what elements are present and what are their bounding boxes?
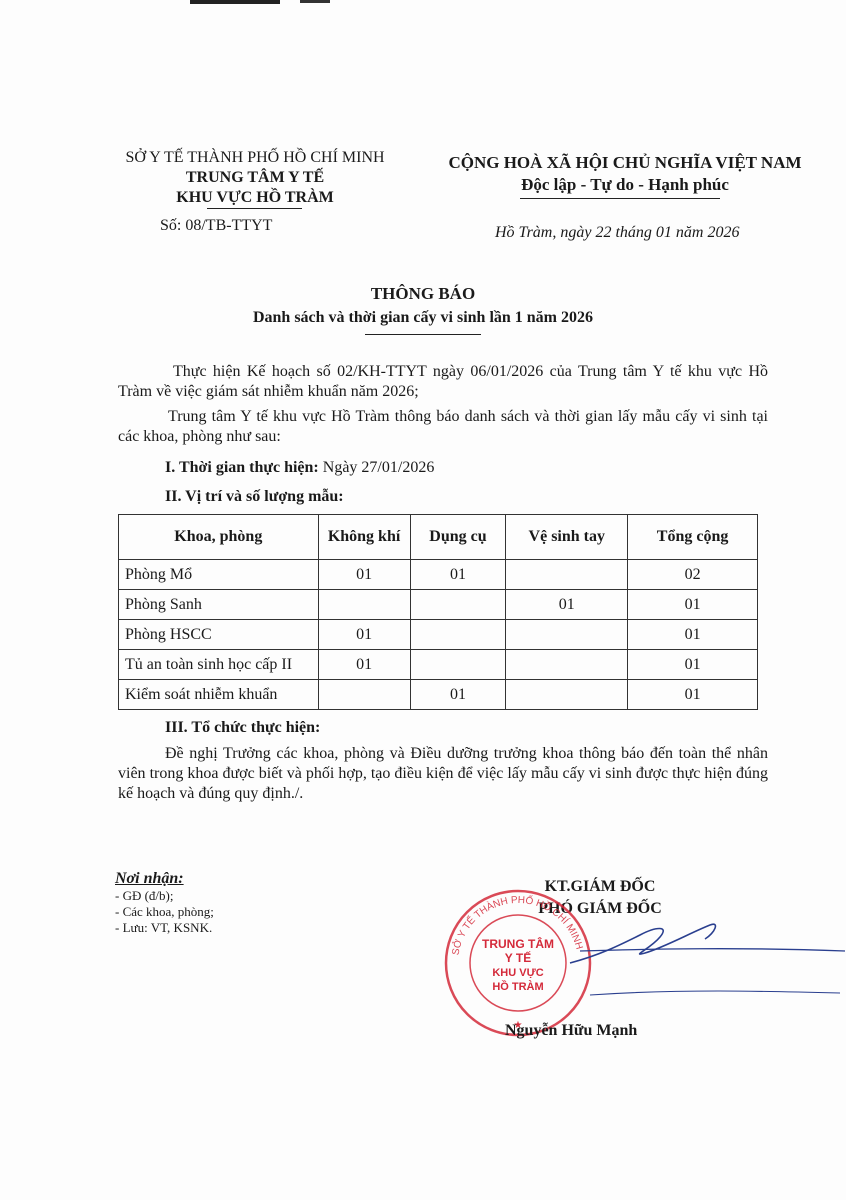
count-cell: 01 xyxy=(318,620,410,650)
column-header: Khoa, phòng xyxy=(119,515,319,560)
column-header: Tổng cộng xyxy=(628,515,758,560)
section-time-value: Ngày 27/01/2026 xyxy=(323,459,435,476)
motto-underline xyxy=(520,198,720,199)
country-name: CỘNG HOÀ XÃ HỘI CHỦ NGHĨA VIỆT NAM xyxy=(430,152,820,174)
count-cell: 01 xyxy=(628,650,758,680)
section-location-heading: II. Vị trí và số lượng mẫu: xyxy=(165,488,344,506)
paragraph-plan-reference: Thực hiện Kế hoạch số 02/KH-TTYT ngày 06… xyxy=(118,362,768,402)
department-cell: Phòng Mổ xyxy=(119,560,319,590)
department-cell: Kiểm soát nhiễm khuẩn xyxy=(119,680,319,710)
handwritten-signature-icon xyxy=(560,905,846,1015)
count-cell xyxy=(506,680,628,710)
issuing-agency: SỞ Y TẾ THÀNH PHỐ HỒ CHÍ MINH TRUNG TÂM … xyxy=(95,148,415,208)
count-cell: 01 xyxy=(628,620,758,650)
svg-text:Y TẾ: Y TẾ xyxy=(505,950,531,965)
table-header-row: Khoa, phòngKhông khíDụng cụVệ sinh tayTổ… xyxy=(119,515,758,560)
department-cell: Phòng HSCC xyxy=(119,620,319,650)
recipient-item: - Lưu: VT, KSNK. xyxy=(115,920,214,936)
document-title: THÔNG BÁO xyxy=(0,284,846,304)
department-cell: Tủ an toàn sinh học cấp II xyxy=(119,650,319,680)
center-name-line1: TRUNG TÂM Y TẾ xyxy=(95,168,415,188)
count-cell xyxy=(410,590,506,620)
center-name-line2: KHU VỰC HỒ TRÀM xyxy=(95,188,415,208)
issue-date: Hồ Tràm, ngày 22 tháng 01 năm 2026 xyxy=(495,224,739,242)
table-row: Phòng Mổ010102 xyxy=(119,560,758,590)
title-underline xyxy=(365,334,481,335)
count-cell xyxy=(506,560,628,590)
count-cell: 01 xyxy=(628,680,758,710)
recipients-heading: Nơi nhận: xyxy=(115,870,214,888)
recipients-block: Nơi nhận: - GĐ (đ/b);- Các khoa, phòng;-… xyxy=(115,870,214,936)
scan-mark xyxy=(300,0,330,3)
table-row: Phòng HSCC0101 xyxy=(119,620,758,650)
document-subtitle: Danh sách và thời gian cấy vi sinh lần 1… xyxy=(0,309,846,327)
section-time-label: I. Thời gian thực hiện: xyxy=(165,459,319,476)
sample-table: Khoa, phòngKhông khíDụng cụVệ sinh tayTổ… xyxy=(118,514,758,710)
recipient-item: - GĐ (đ/b); xyxy=(115,888,214,904)
table-row: Tủ an toàn sinh học cấp II0101 xyxy=(119,650,758,680)
national-header: CỘNG HOÀ XÃ HỘI CHỦ NGHĨA VIỆT NAM Độc l… xyxy=(430,152,820,196)
count-cell: 01 xyxy=(628,590,758,620)
count-cell xyxy=(318,590,410,620)
signer-name: Nguyễn Hữu Mạnh xyxy=(505,1022,637,1040)
count-cell: 01 xyxy=(410,680,506,710)
scan-mark xyxy=(190,0,280,4)
department-name: SỞ Y TẾ THÀNH PHỐ HỒ CHÍ MINH xyxy=(95,148,415,168)
column-header: Vệ sinh tay xyxy=(506,515,628,560)
national-motto: Độc lập - Tự do - Hạnh phúc xyxy=(430,174,820,196)
table-row: Kiểm soát nhiễm khuẩn0101 xyxy=(119,680,758,710)
column-header: Không khí xyxy=(318,515,410,560)
svg-text:HỒ TRÀM: HỒ TRÀM xyxy=(492,980,543,993)
department-cell: Phòng Sanh xyxy=(119,590,319,620)
column-header: Dụng cụ xyxy=(410,515,506,560)
count-cell: 01 xyxy=(506,590,628,620)
count-cell: 02 xyxy=(628,560,758,590)
table-row: Phòng Sanh0101 xyxy=(119,590,758,620)
count-cell: 01 xyxy=(318,650,410,680)
agency-underline xyxy=(207,208,302,209)
section-time: I. Thời gian thực hiện: Ngày 27/01/2026 xyxy=(165,459,434,477)
paragraph-request: Đề nghị Trưởng các khoa, phòng và Điều d… xyxy=(118,744,768,804)
count-cell: 01 xyxy=(410,560,506,590)
count-cell xyxy=(318,680,410,710)
svg-text:TRUNG TÂM: TRUNG TÂM xyxy=(482,936,554,951)
svg-text:KHU VỰC: KHU VỰC xyxy=(492,967,543,979)
count-cell xyxy=(410,650,506,680)
count-cell xyxy=(506,650,628,680)
count-cell: 01 xyxy=(318,560,410,590)
count-cell xyxy=(506,620,628,650)
section-organization-heading: III. Tổ chức thực hiện: xyxy=(165,719,320,737)
recipients-list: - GĐ (đ/b);- Các khoa, phòng;- Lưu: VT, … xyxy=(115,888,214,936)
count-cell xyxy=(410,620,506,650)
table-body: Phòng Mổ010102Phòng Sanh0101Phòng HSCC01… xyxy=(119,560,758,710)
document-number: Số: 08/TB-TTYT xyxy=(160,217,272,235)
recipient-item: - Các khoa, phòng; xyxy=(115,904,214,920)
paragraph-announcement: Trung tâm Y tế khu vực Hồ Tràm thông báo… xyxy=(118,407,768,447)
